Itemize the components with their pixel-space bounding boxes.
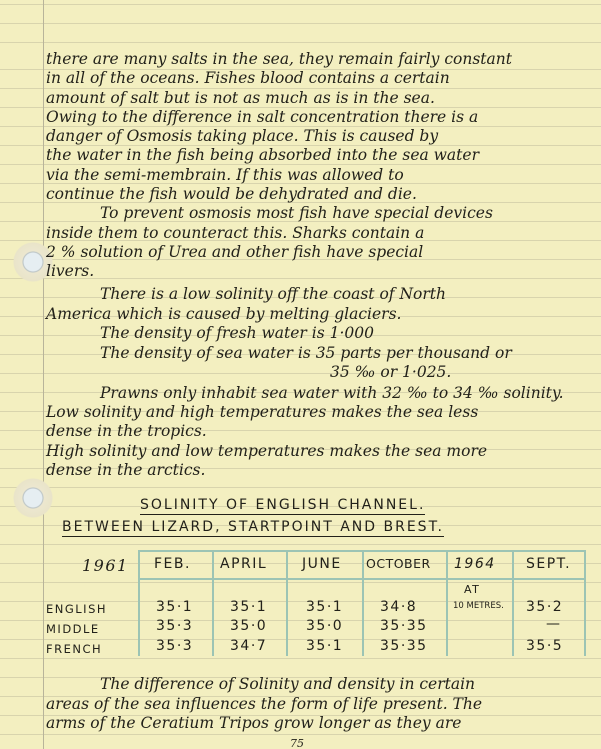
text-line: Low solinity and high temperatures makes… bbox=[46, 403, 478, 422]
header-april: APRIL bbox=[220, 556, 267, 572]
text-line: dense in the arctics. bbox=[46, 461, 205, 480]
text-line: inside them to counteract this. Sharks c… bbox=[46, 224, 424, 243]
text-line: there are many salts in the sea, they re… bbox=[46, 50, 512, 69]
page-number: 75 bbox=[290, 737, 304, 749]
text-line: America which is caused by melting glaci… bbox=[46, 305, 401, 324]
text-line: 2 % solution of Urea and other fish have… bbox=[46, 243, 423, 262]
salinity-table: 1961 FEB. APRIL JUNE OCTOBER 1964 SEPT. … bbox=[46, 550, 586, 658]
text-line: To prevent osmosis most fish have specia… bbox=[100, 204, 493, 223]
text-line: There is a low solinity off the coast of… bbox=[100, 285, 446, 304]
cell-value: 35·0 bbox=[230, 618, 267, 634]
text-line: dense in the tropics. bbox=[46, 422, 207, 441]
margin-line bbox=[43, 0, 44, 749]
column-divider bbox=[362, 550, 364, 656]
column-divider bbox=[212, 550, 214, 656]
header-1964: 1964 bbox=[454, 556, 496, 572]
punch-hole-icon bbox=[13, 478, 53, 518]
text-line: Prawns only inhabit sea water with 32 ‰ … bbox=[100, 384, 564, 403]
cell-value: 35·35 bbox=[380, 618, 428, 634]
text-line: in all of the oceans. Fishes blood conta… bbox=[46, 69, 450, 88]
column-divider bbox=[512, 550, 514, 656]
text-line: The density of sea water is 35 parts per… bbox=[100, 344, 512, 363]
notebook-page: there are many salts in the sea, they re… bbox=[0, 0, 601, 749]
table-title: SOLINITY OF ENGLISH CHANNEL. bbox=[140, 497, 425, 515]
header-june: JUNE bbox=[302, 556, 342, 572]
cell-value: — bbox=[546, 616, 562, 632]
text-line: arms of the Ceratium Tripos grow longer … bbox=[46, 714, 461, 733]
row-label-middle: MIDDLE bbox=[46, 622, 100, 636]
row-label-french: FRENCH bbox=[46, 642, 102, 656]
cell-value: 35·1 bbox=[306, 638, 343, 654]
text-line: amount of salt but is not as much as is … bbox=[46, 89, 435, 108]
table-subtitle: BETWEEN LIZARD, STARTPOINT AND BREST. bbox=[62, 519, 444, 537]
column-divider bbox=[446, 550, 448, 656]
cell-value: 35·3 bbox=[156, 638, 193, 654]
text-line: The density of fresh water is 1·000 bbox=[100, 324, 374, 343]
text-line: Owing to the difference in salt concentr… bbox=[46, 108, 478, 127]
header-october: OCTOBER bbox=[366, 556, 431, 571]
text-line: areas of the sea influences the form of … bbox=[46, 695, 482, 714]
header-feb: FEB. bbox=[154, 556, 191, 572]
year-label: 1961 bbox=[82, 556, 129, 575]
text-line: The difference of Solinity and density i… bbox=[100, 675, 475, 694]
text-line: 35 ‰ or 1·025. bbox=[330, 363, 451, 382]
header-sept: SEPT. bbox=[526, 556, 571, 572]
note-10-metres: 10 METRES. bbox=[453, 601, 504, 611]
cell-value: 35·1 bbox=[230, 599, 267, 615]
text-line: danger of Osmosis taking place. This is … bbox=[46, 127, 438, 146]
cell-value: 35·1 bbox=[156, 599, 193, 615]
cell-value: 35·0 bbox=[306, 618, 343, 634]
text-line: livers. bbox=[46, 262, 94, 281]
cell-value: 35·1 bbox=[306, 599, 343, 615]
text-line: via the semi-membrain. If this was allow… bbox=[46, 166, 404, 185]
text-line: the water in the fish being absorbed int… bbox=[46, 146, 479, 165]
cell-value: 35·5 bbox=[526, 638, 563, 654]
note-at: AT bbox=[464, 583, 480, 596]
cell-value: 35·3 bbox=[156, 618, 193, 634]
text-line: High solinity and low temperatures makes… bbox=[46, 442, 487, 461]
text-line: continue the fish would be dehydrated an… bbox=[46, 185, 417, 204]
cell-value: 34·7 bbox=[230, 638, 267, 654]
cell-value: 34·8 bbox=[380, 599, 417, 615]
cell-value: 35·35 bbox=[380, 638, 428, 654]
cell-value: 35·2 bbox=[526, 599, 563, 615]
column-divider bbox=[286, 550, 288, 656]
row-label-english: ENGLISH bbox=[46, 602, 107, 616]
